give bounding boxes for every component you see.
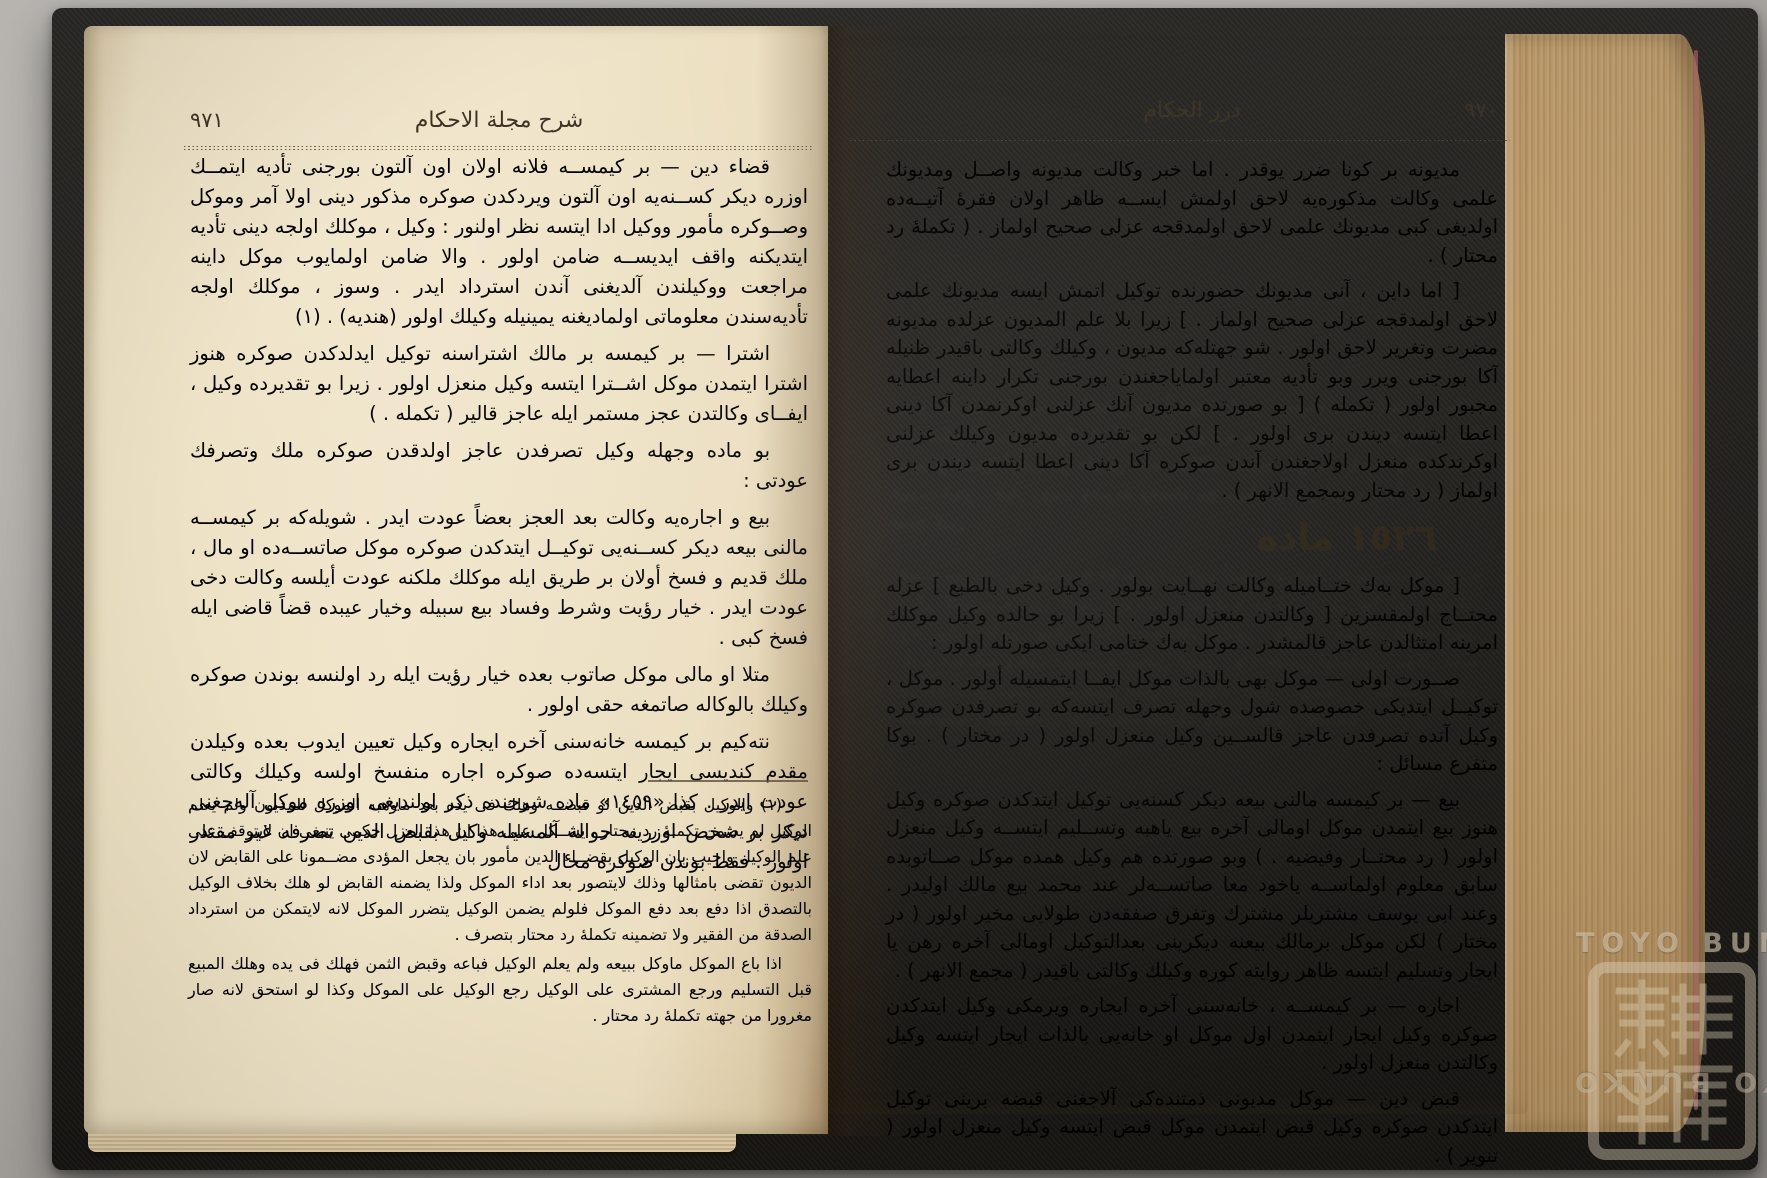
- left-footnote: (١) والوكيل بقبض الدين لو قبضــه وهلك فى…: [188, 792, 812, 1032]
- footnote-separator: [648, 780, 808, 782]
- footnote-paragraph: اذا باع الموكل ماوكل ببيعه ولم يعلم الوك…: [188, 951, 812, 1029]
- paragraph: بيع — بر كيمسه مالنى بيعه ديكر كسنه‌يى ت…: [886, 786, 1498, 986]
- paragraph: [ موكل به‌ك ختــاميله وكالت نهــايت بولو…: [886, 572, 1498, 658]
- left-running-head: ٩٧١ شرح مجلة الاحكام: [190, 108, 808, 133]
- paragraph: مديونه بر كونا ضرر يوقدر . اما خبر وكالت…: [886, 156, 1498, 270]
- paragraph: اجاره — بر كيمســه ، خانه‌سنى آخره ايجار…: [886, 992, 1498, 1078]
- toyo-bunko-watermark-mirrored: TOYO BUNKO: [1568, 1066, 1767, 1097]
- toyo-bunko-library-seal: [1588, 962, 1756, 1160]
- left-running-title: شرح مجلة الاحكام: [270, 108, 728, 133]
- paragraph: اشترا — بر كيمسه بر مالك اشتراسنه توكيل …: [190, 339, 808, 429]
- right-running-title: درر الحكام: [966, 98, 1418, 123]
- paragraph: بيع و اجاره‌يه وكالت بعد العجز بعضاً عود…: [190, 503, 808, 653]
- paragraph: قبض دين — موكل مديونى ذمتنده‌كى آلاجغنى …: [886, 1085, 1498, 1171]
- left-header-rule: [184, 146, 812, 151]
- footnote-paragraph: (١) والوكيل بقبض الدين لو قبضــه وهلك فى…: [188, 792, 812, 948]
- paragraph: [ اما داين ، آنى مديونك حضورنده توكيل ات…: [886, 277, 1498, 505]
- article-heading-1526: ١٥٢٦ ماده: [1041, 512, 1653, 564]
- right-header-rule: [850, 140, 1510, 145]
- seal-characters-glyph: [1599, 973, 1745, 1149]
- right-page-number: ٩٧٠: [1418, 98, 1498, 122]
- left-text-column: قضاء دين — بر كيمســه فلانه اولان اون آل…: [190, 152, 808, 884]
- right-running-head: درر الحكام ٩٧٠: [886, 98, 1498, 123]
- paragraph: بو ماده وجهله وكيل تصرفدن عاجز اولدقدن ص…: [190, 436, 808, 496]
- book-photo: بيع و اجاره‌يه وكالت بعد العجز بعضاً عود…: [0, 0, 1767, 1178]
- toyo-bunko-watermark: TOYO BUNKO: [1576, 928, 1767, 959]
- left-page-number: ٩٧١: [190, 108, 270, 132]
- dotted-line: [184, 146, 812, 147]
- dotted-line: [184, 149, 812, 150]
- paragraph: قضاء دين — بر كيمســه فلانه اولان اون آل…: [190, 152, 808, 332]
- dotted-line: [850, 140, 1510, 141]
- right-text-column: مديونه بر كونا ضرر يوقدر . اما خبر وكالت…: [886, 156, 1498, 1177]
- paragraph: صــورت اولى — موكل بهى بالذات موكل ايفــ…: [886, 665, 1498, 779]
- paragraph: متلا او مالى موكل صاتوب بعده خيار رؤيت ا…: [190, 660, 808, 720]
